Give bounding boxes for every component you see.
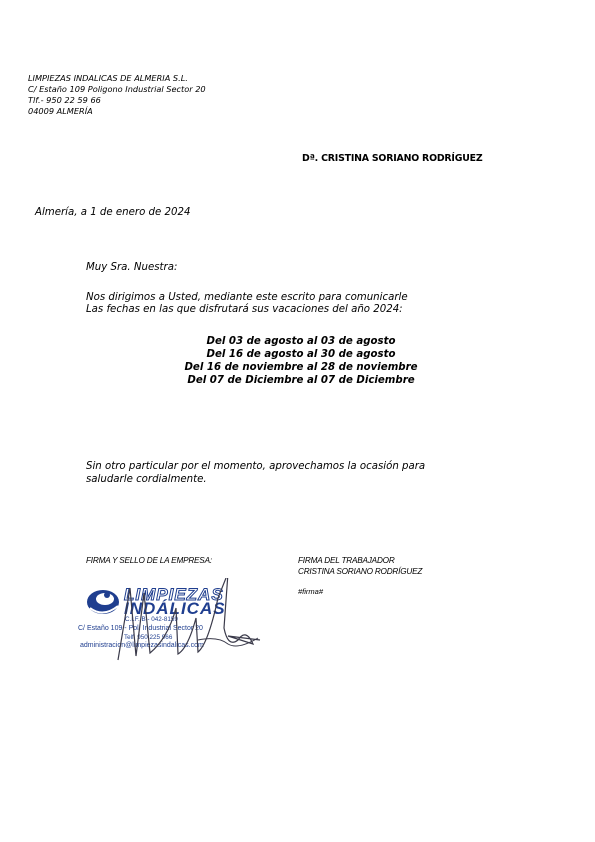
sender-city: 04009 ALMERÍA: [28, 106, 206, 117]
handwritten-signature-icon: [78, 578, 268, 663]
sender-company-name: LIMPIEZAS INDALICAS DE ALMERIA S.L.: [28, 73, 206, 84]
closing-line: saludarle cordialmente.: [86, 474, 425, 487]
worker-signature-label: FIRMA DEL TRABAJADOR: [298, 556, 422, 567]
worker-signature-block: FIRMA DEL TRABAJADOR CRISTINA SORIANO RO…: [298, 556, 422, 577]
company-stamp: LIMPIEZAS INDÁLICAS C.I.F. B - 042-8159 …: [78, 578, 268, 663]
company-signature-label: FIRMA Y SELLO DE LA EMPRESA:: [86, 556, 212, 567]
vacation-period: Del 16 de agosto al 30 de agosto: [170, 348, 432, 361]
recipient-name: Dª. CRISTINA SORIANO RODRÍGUEZ: [302, 153, 482, 164]
intro-paragraph: Nos dirigimos a Usted, mediante este esc…: [86, 292, 408, 316]
worker-name: CRISTINA SORIANO RODRÍGUEZ: [298, 567, 422, 578]
vacation-period: Del 07 de Diciembre al 07 de Diciembre: [170, 374, 432, 387]
intro-line: Nos dirigimos a Usted, mediante este esc…: [86, 292, 408, 304]
vacation-periods: Del 03 de agosto al 03 de agosto Del 16 …: [170, 335, 432, 387]
intro-line: Las fechas en las que disfrutará sus vac…: [86, 304, 408, 316]
closing-paragraph: Sin otro particular por el momento, apro…: [86, 461, 425, 486]
closing-line: Sin otro particular por el momento, apro…: [86, 461, 425, 474]
sender-street: C/ Estaño 109 Poligono Industrial Sector…: [28, 84, 206, 95]
date-line: Almería, a 1 de enero de 2024: [35, 207, 190, 218]
greeting: Muy Sra. Nuestra:: [86, 262, 177, 273]
vacation-period: Del 03 de agosto al 03 de agosto: [170, 335, 432, 348]
sender-phone: Tlf.- 950 22 59 66: [28, 95, 206, 106]
sender-address-block: LIMPIEZAS INDALICAS DE ALMERIA S.L. C/ E…: [28, 73, 206, 117]
worker-signature-placeholder: #firma#: [298, 587, 323, 596]
vacation-period: Del 16 de noviembre al 28 de noviembre: [170, 361, 432, 374]
